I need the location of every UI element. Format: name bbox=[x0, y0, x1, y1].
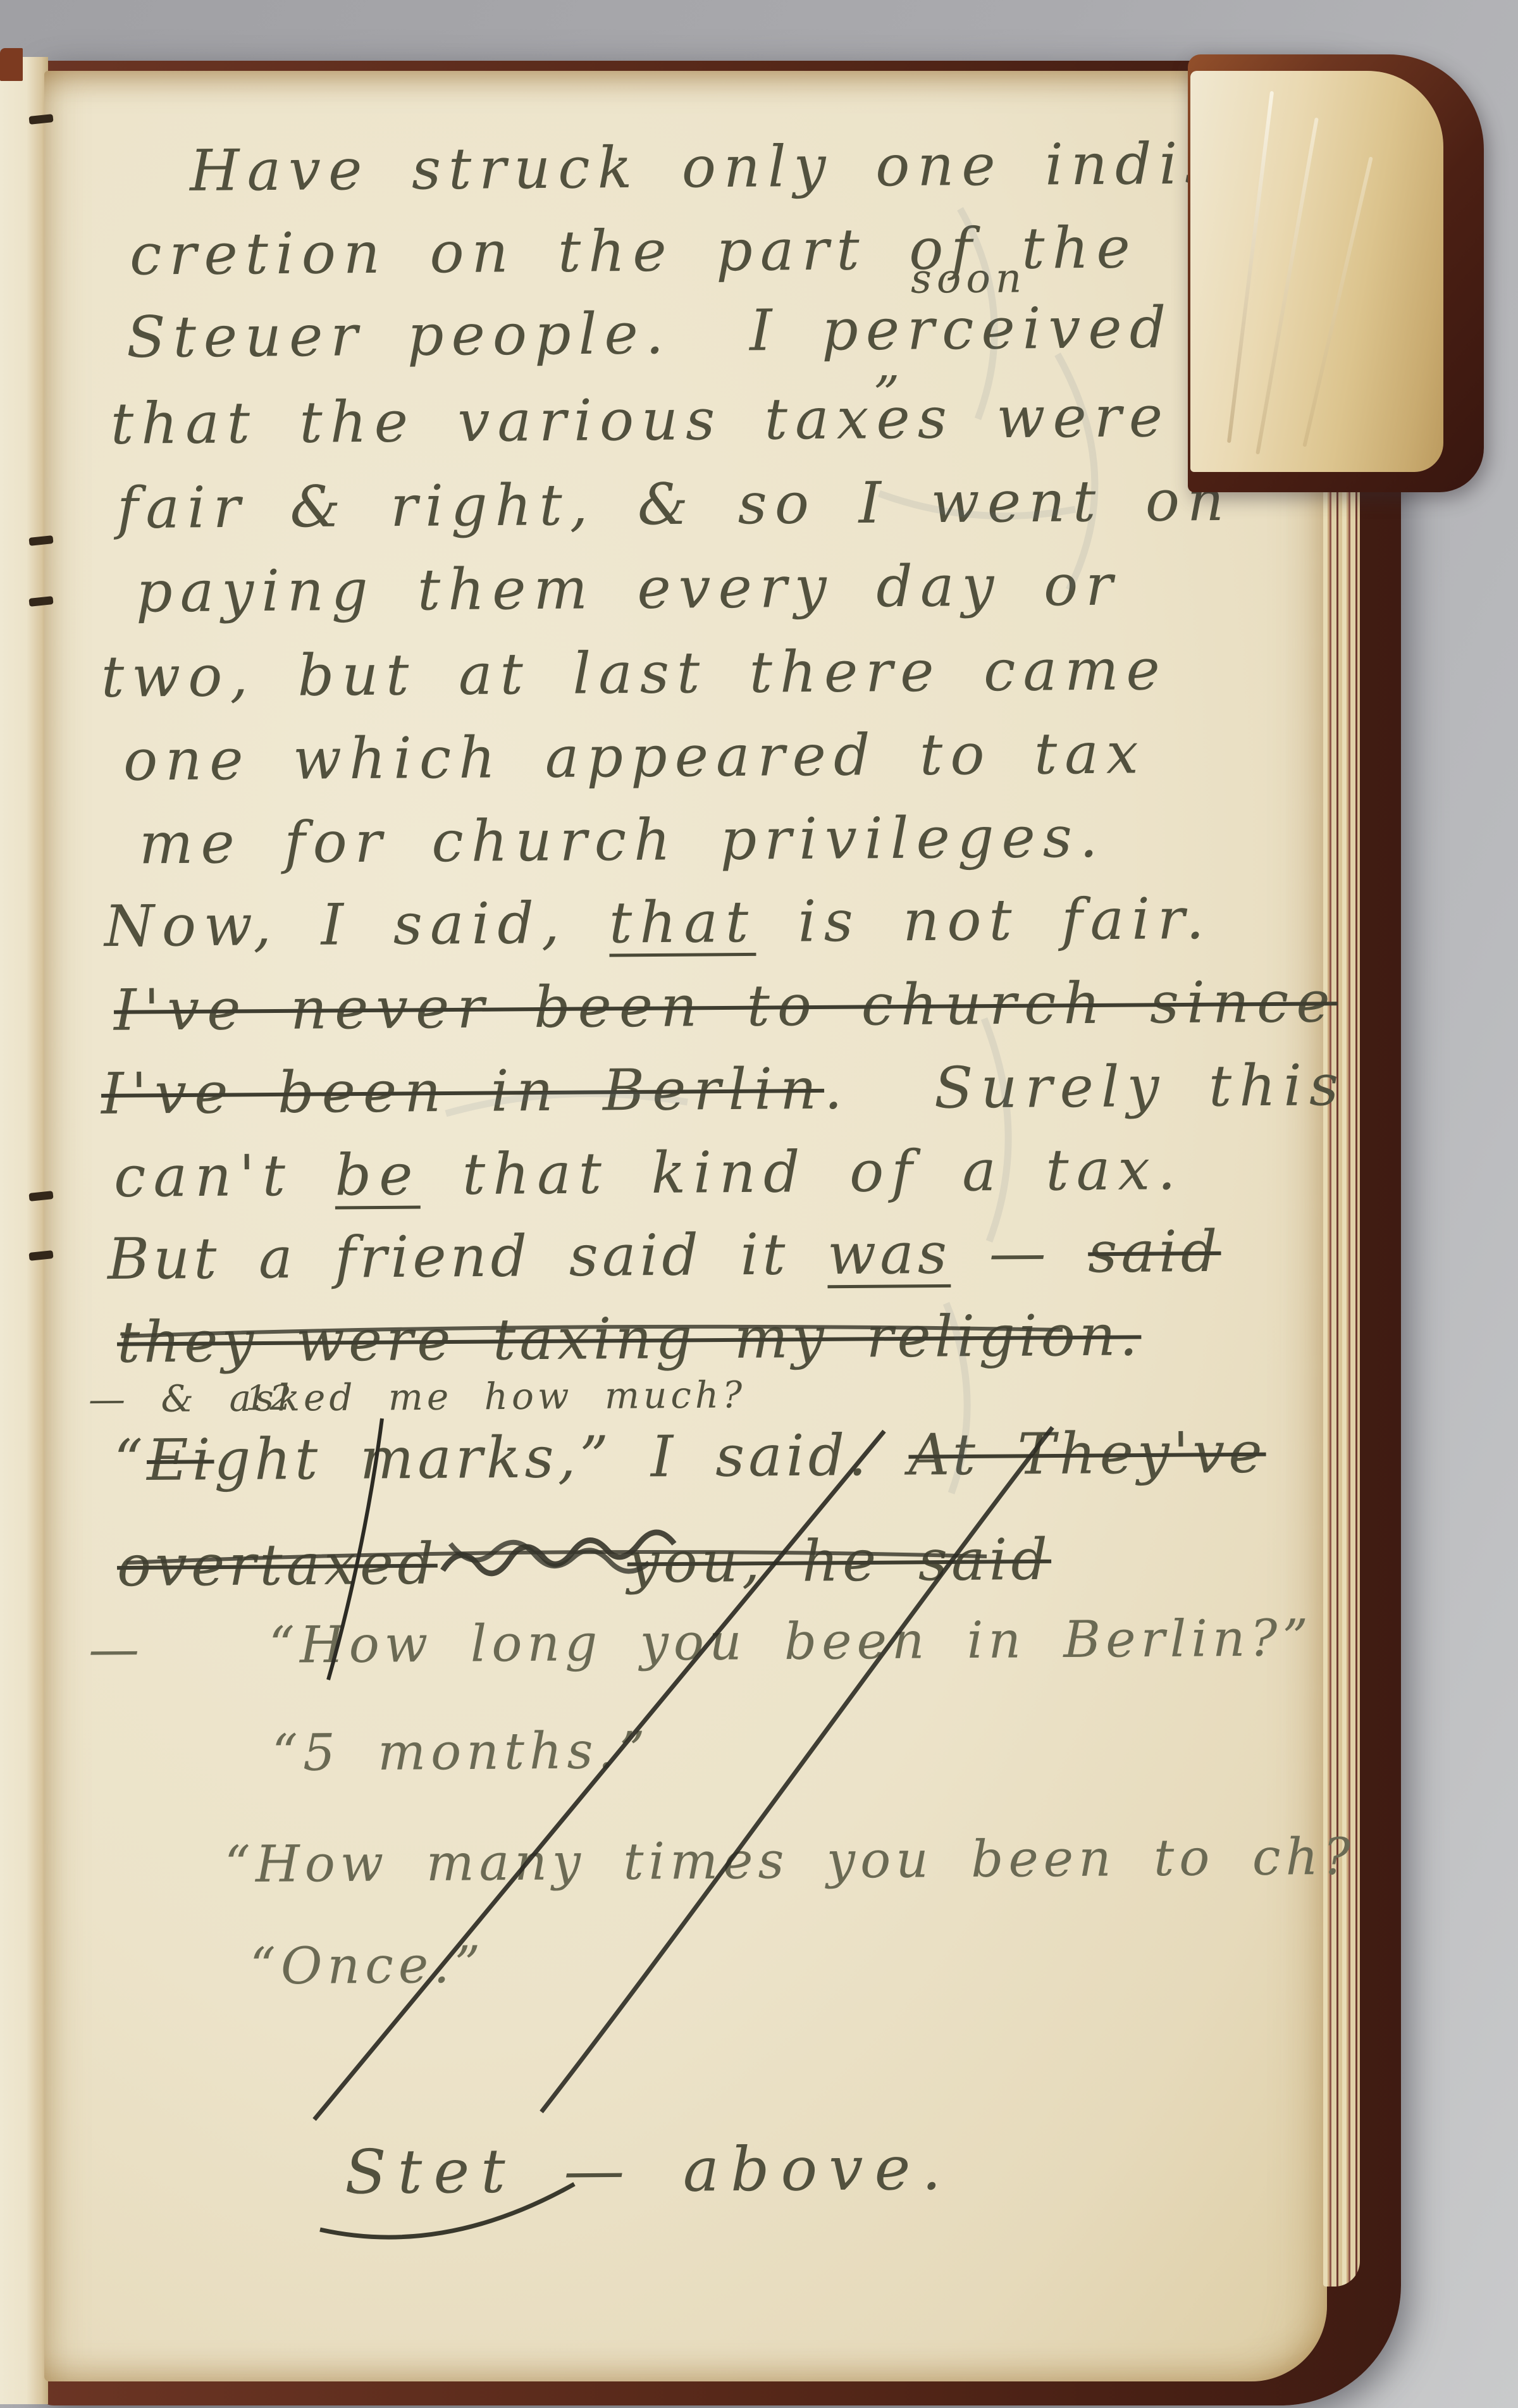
handwritten-line: 12 bbox=[245, 1378, 294, 1418]
text-segment: Now, I said, bbox=[104, 890, 610, 960]
handwritten-line: Now, I said, that is not fair. bbox=[104, 886, 1212, 960]
handwritten-line: “5 months.” bbox=[272, 1721, 650, 1782]
curled-corner-flap bbox=[1188, 54, 1484, 492]
handwritten-line: “Eight marks,” I said. At They've bbox=[114, 1420, 1266, 1494]
handwritten-line: they were taxing my religion. bbox=[117, 1302, 1142, 1375]
text-segment: that kind of a tax. bbox=[420, 1136, 1183, 1208]
text-segment: is not fair. bbox=[756, 886, 1212, 955]
handwritten-line: overtaxedyou, he said bbox=[117, 1527, 1052, 1599]
handwritten-line: “How long you been in Berlin?” bbox=[269, 1608, 1314, 1675]
text-segment: “How long you been in Berlin?” bbox=[269, 1608, 1314, 1675]
handwritten-line: “How many times you been to ch? bbox=[225, 1827, 1356, 1894]
text-segment: I perceived bbox=[750, 295, 1174, 364]
text-segment: soon bbox=[911, 255, 1027, 302]
text-segment: Ei bbox=[147, 1427, 214, 1494]
text-segment: that bbox=[609, 889, 756, 957]
text-segment: — bbox=[89, 1620, 145, 1679]
handwritten-line: „ bbox=[874, 334, 908, 393]
text-segment: . Surely this bbox=[824, 1052, 1347, 1122]
text-segment: was bbox=[827, 1220, 951, 1288]
text-segment: — above. bbox=[516, 2133, 953, 2207]
text-segment: I've been in Berlin bbox=[101, 1056, 825, 1127]
text-segment: you, he said bbox=[627, 1527, 1051, 1596]
text-segment: me for church privileges. bbox=[139, 804, 1106, 878]
text-segment: „ bbox=[874, 334, 908, 393]
text-segment: one which appeared to tax bbox=[123, 720, 1146, 793]
text-segment bbox=[438, 1582, 627, 1584]
flap-crease bbox=[1256, 118, 1319, 455]
handwritten-line: Steuer people. bbox=[126, 301, 672, 371]
text-segment: paying them every day or bbox=[136, 552, 1121, 626]
text-segment: “Once.” bbox=[250, 1935, 486, 1996]
handwritten-line: two, but at last there came bbox=[101, 636, 1168, 711]
flap-crease bbox=[1302, 156, 1373, 447]
text-segment: that the various taxes were bbox=[111, 383, 1171, 457]
text-segment: 12 bbox=[245, 1378, 294, 1418]
text-segment: ght marks,” I said. bbox=[214, 1422, 909, 1494]
handwritten-line: I've never been to church since bbox=[114, 969, 1338, 1044]
flap-paper bbox=[1190, 71, 1443, 472]
handwritten-line: Stet — above. bbox=[345, 2133, 953, 2208]
handwritten-line: me for church privileges. bbox=[139, 804, 1106, 878]
text-segment: two, but at last there came bbox=[101, 636, 1168, 711]
handwritten-line: paying them every day or bbox=[136, 552, 1121, 626]
text-segment: be bbox=[335, 1142, 421, 1209]
photo-background: Have struck only one indis-cretion on th… bbox=[0, 0, 1518, 2408]
handwritten-line: fair & right, & so I went on bbox=[117, 468, 1232, 542]
handwritten-line: that the various taxes were bbox=[111, 383, 1171, 457]
text-segment: “How many times you been to ch? bbox=[225, 1827, 1356, 1894]
text-segment: fair & right, & so I went on bbox=[117, 468, 1232, 542]
handwritten-line: I've been in Berlin. Surely this bbox=[101, 1052, 1347, 1127]
text-segment: overtaxed bbox=[117, 1531, 438, 1600]
text-segment: Stet bbox=[345, 2135, 517, 2207]
text-segment: At They've bbox=[908, 1420, 1266, 1489]
handwritten-line: one which appeared to tax bbox=[123, 720, 1146, 793]
handwritten-line: soon bbox=[911, 255, 1027, 302]
text-segment: said bbox=[1088, 1219, 1221, 1286]
handwritten-line: Have struck only one indis- bbox=[190, 130, 1249, 204]
text-segment: Have struck only one indis- bbox=[190, 130, 1249, 204]
handwritten-line: I perceived bbox=[750, 295, 1174, 364]
text-segment: — & asked me how much? bbox=[89, 1373, 746, 1420]
handwritten-line: “Once.” bbox=[250, 1935, 486, 1996]
text-segment: they were taxing my religion. bbox=[117, 1302, 1142, 1375]
text-segment: But a friend said it bbox=[108, 1221, 828, 1293]
handwritten-line: can't be that kind of a tax. bbox=[114, 1136, 1183, 1210]
text-segment: “5 months.” bbox=[272, 1721, 650, 1782]
handwritten-line: But a friend said it was — said bbox=[108, 1219, 1221, 1293]
text-segment: can't bbox=[114, 1142, 335, 1210]
handwritten-line: — & asked me how much? bbox=[89, 1373, 746, 1420]
text-segment: — bbox=[951, 1219, 1089, 1287]
text-segment: I've never been to church since bbox=[114, 969, 1338, 1044]
text-segment: “ bbox=[114, 1427, 147, 1494]
handwritten-line: — bbox=[89, 1620, 145, 1679]
text-segment: Steuer people. bbox=[126, 301, 672, 371]
